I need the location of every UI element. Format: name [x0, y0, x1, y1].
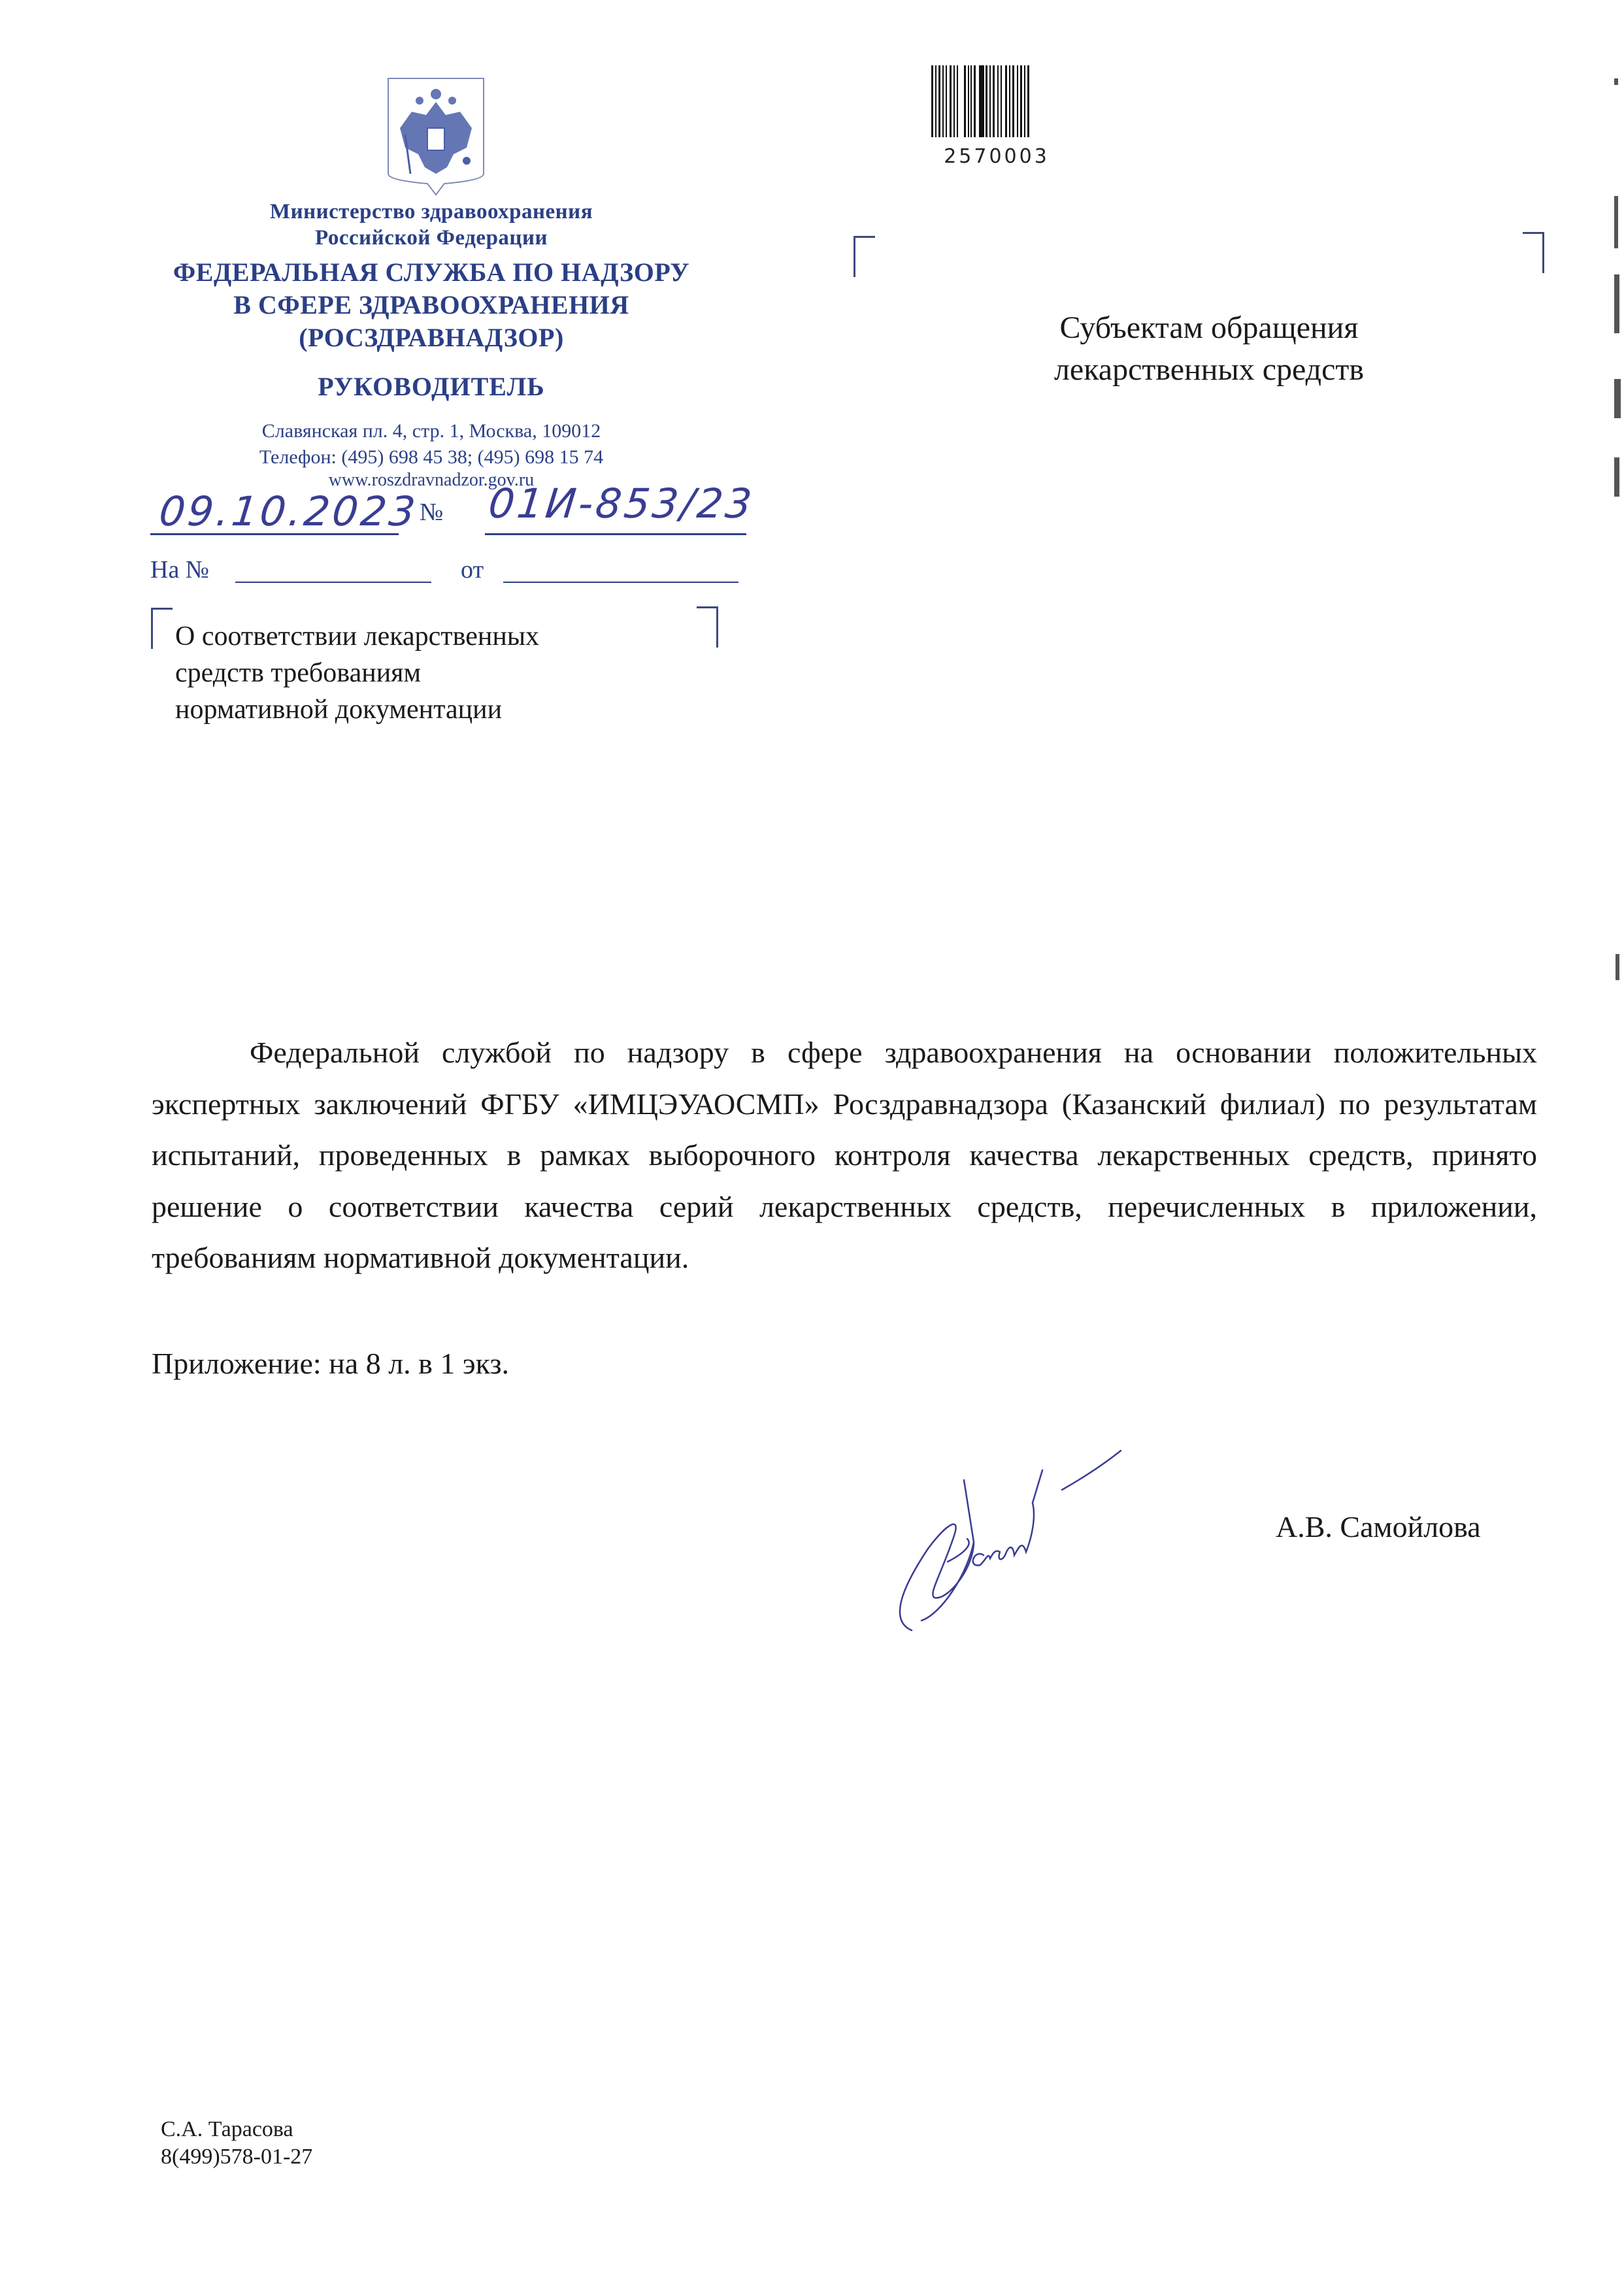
executor-info: С.А. Тарасова 8(499)578-01-27 — [161, 2116, 312, 2171]
service-name-line: (РОСЗДРАВНАДЗОР) — [141, 321, 722, 354]
address: Славянская пл. 4, стр. 1, Москва, 109012 — [150, 418, 712, 444]
service-name-line: ФЕДЕРАЛЬНАЯ СЛУЖБА ПО НАДЗОРУ — [141, 256, 722, 289]
reference-date-label: от — [461, 555, 484, 584]
service-name-line: В СФЕРЕ ЗДРАВООХРАНЕНИЯ — [141, 289, 722, 321]
subject-corner-bracket — [697, 606, 718, 648]
barcode — [931, 65, 1029, 137]
addressee: Субъектам обращения лекарственных средст… — [948, 307, 1470, 391]
addressee-corner-bracket — [1523, 232, 1544, 273]
reference-line: На № от — [150, 555, 738, 588]
position-title: РУКОВОДИТЕЛЬ — [141, 371, 722, 402]
coat-of-arms-icon — [386, 76, 486, 197]
subject-line: О соответствии лекарственных — [175, 618, 698, 655]
letter-body: Федеральной службой по надзору в сфере з… — [152, 1027, 1537, 1284]
addressee-corner-bracket — [853, 236, 875, 277]
registration-line: 09.10.2023 № 01И-853/23 — [150, 484, 778, 536]
registration-date-field: 09.10.2023 — [150, 484, 399, 535]
subject-corner-bracket — [151, 608, 173, 649]
letter-subject: О соответствии лекарственных средств тре… — [175, 618, 698, 728]
ministry-name-line: Российской Федерации — [150, 225, 712, 251]
scan-edge-artifact — [1613, 39, 1621, 980]
registration-number: 01И-853/23 — [486, 480, 756, 527]
handwritten-signature-icon — [876, 1424, 1242, 1640]
reference-number-label: На № — [150, 555, 209, 584]
subject-line: нормативной документации — [175, 691, 698, 728]
ministry-name-line: Министерство здравоохранения — [150, 199, 712, 225]
addressee-line: лекарственных средств — [948, 349, 1470, 391]
reference-date-blank — [503, 582, 738, 583]
barcode-number: 2570003 — [941, 145, 1052, 168]
registration-date: 09.10.2023 — [157, 487, 420, 535]
service-name: ФЕДЕРАЛЬНАЯ СЛУЖБА ПО НАДЗОРУ В СФЕРЕ ЗД… — [141, 256, 722, 354]
reference-number-blank — [235, 582, 431, 583]
phone: Телефон: (495) 698 45 38; (495) 698 15 7… — [150, 444, 712, 470]
subject-line: средств требованиям — [175, 655, 698, 691]
signer-name: А.В. Самойлова — [1276, 1509, 1481, 1544]
executor-phone: 8(499)578-01-27 — [161, 2143, 312, 2171]
executor-name: С.А. Тарасова — [161, 2116, 312, 2143]
attachment-note: Приложение: на 8 л. в 1 экз. — [152, 1346, 509, 1381]
number-sign: № — [420, 498, 443, 527]
registration-number-field: 01И-853/23 — [485, 484, 746, 535]
addressee-line: Субъектам обращения — [948, 307, 1470, 349]
ministry-name: Министерство здравоохранения Российской … — [150, 199, 712, 251]
